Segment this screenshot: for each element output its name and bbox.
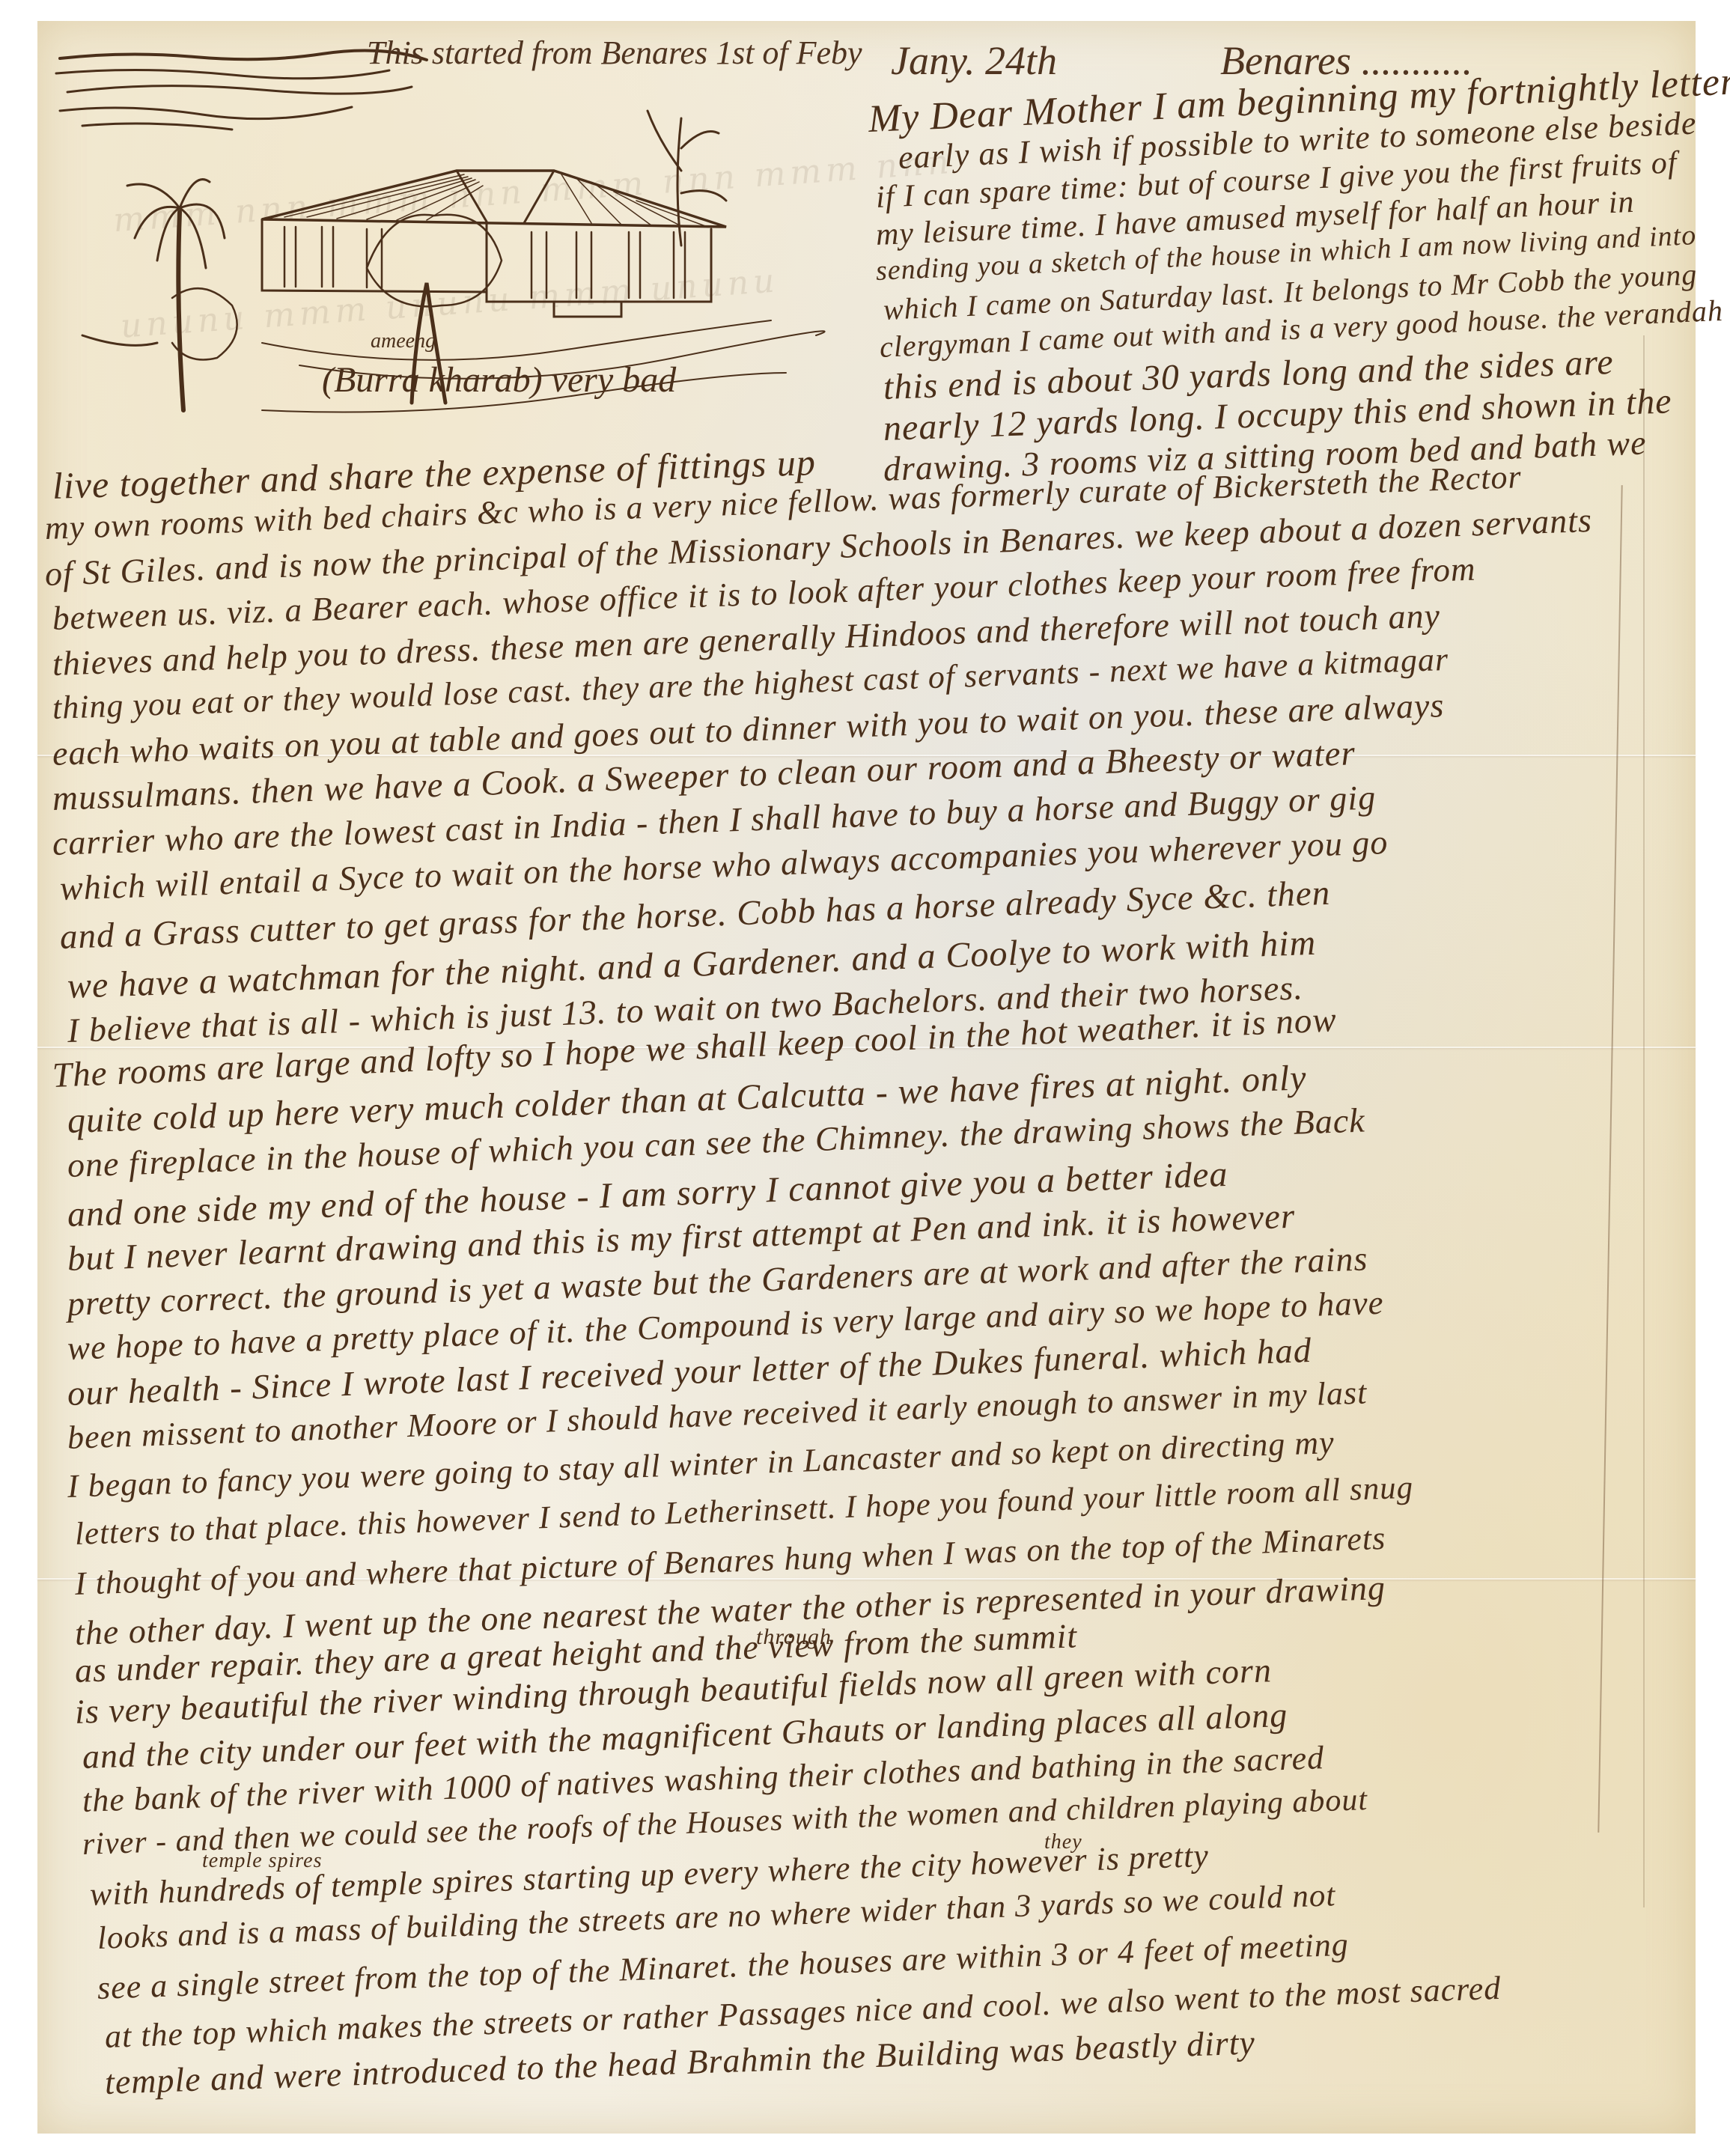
letter-date: Jany. 24th xyxy=(891,37,1057,84)
insertion: temple spires xyxy=(202,1849,323,1873)
sketch-caption: (Burra kharab) very bad xyxy=(322,359,676,401)
caption-insertion: ameeng xyxy=(371,329,436,353)
margin-rule xyxy=(1643,335,1645,1907)
insertion: they xyxy=(1044,1830,1082,1854)
margin-rule xyxy=(1597,485,1622,1833)
insertion: through xyxy=(756,1624,832,1650)
postal-note: This started from Benares 1st of Feby xyxy=(367,34,862,72)
